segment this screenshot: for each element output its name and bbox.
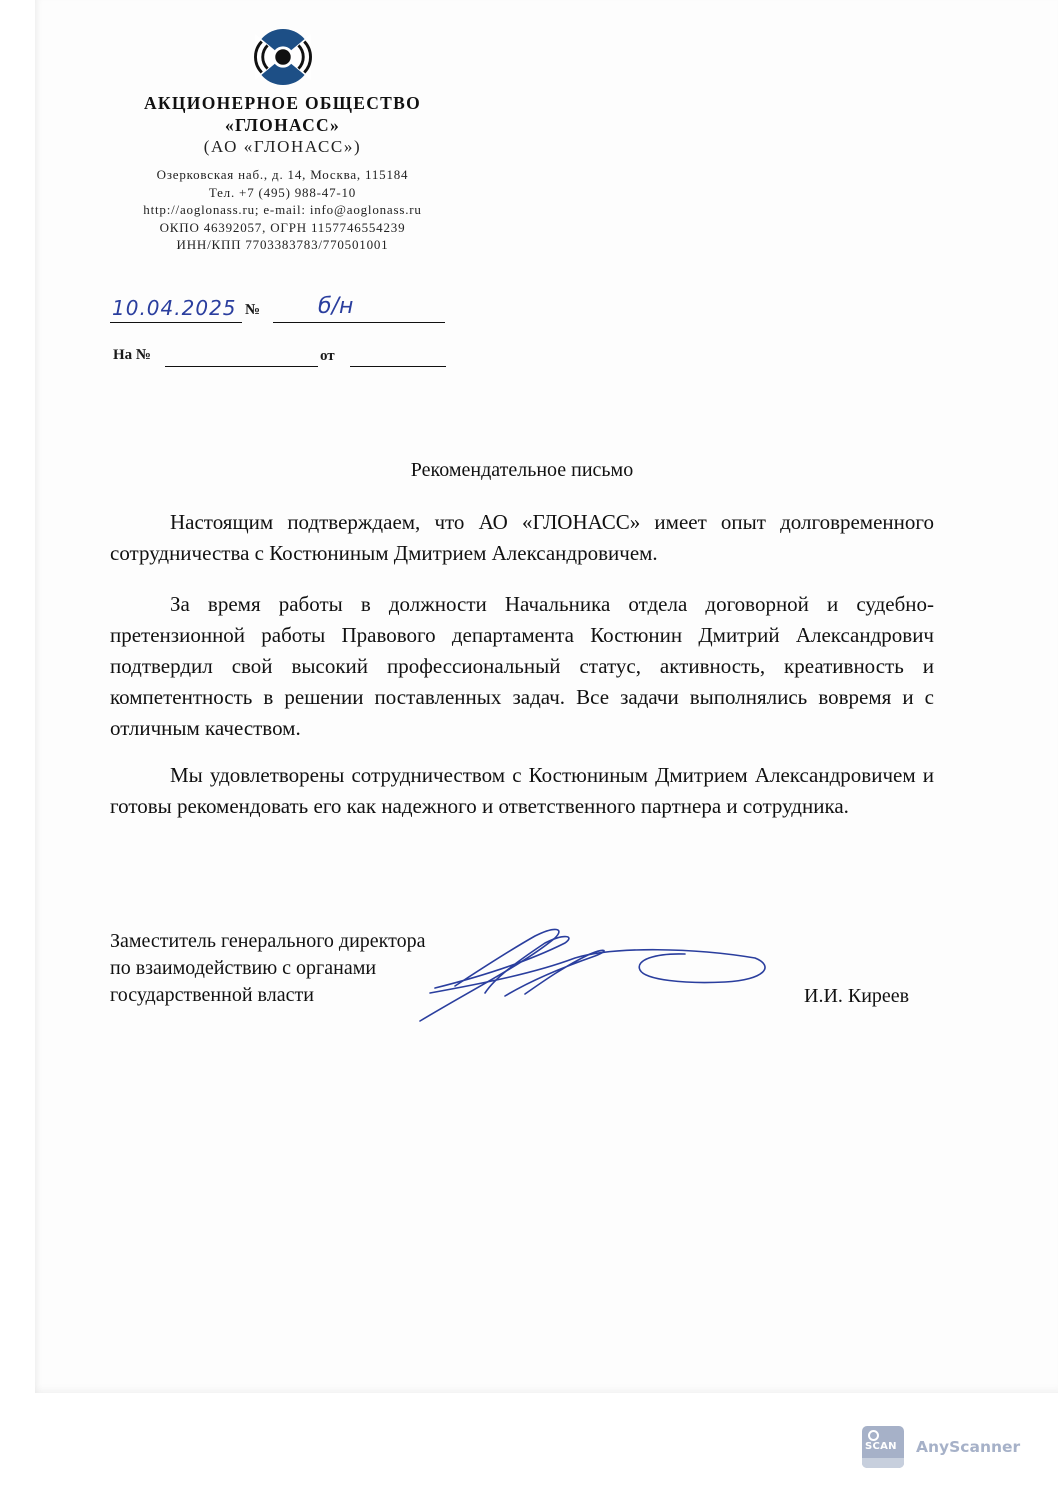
signer-position: Заместитель генерального директора по вз… — [110, 928, 426, 1009]
number-field: б/н — [273, 296, 445, 323]
scan-app-icon: SCAN — [862, 1426, 904, 1468]
paragraph-3: Мы удовлетворены сотрудничеством с Костю… — [110, 760, 934, 822]
org-phone: Тел. +7 (495) 988-47-10 — [110, 184, 455, 202]
glonass-logo-icon — [254, 28, 312, 86]
paragraph-1-text: Настоящим подтверждаем, что АО «ГЛОНАСС»… — [110, 510, 934, 565]
anyscanner-watermark: SCAN AnyScanner — [862, 1427, 1020, 1467]
number-label: № — [245, 302, 260, 319]
paragraph-1: Настоящим подтверждаем, что АО «ГЛОНАСС»… — [110, 507, 934, 569]
paragraph-2-text: За время работы в должности Начальника о… — [110, 592, 934, 740]
scan-icon-label: SCAN — [865, 1441, 897, 1452]
paragraph-2: За время работы в должности Начальника о… — [110, 589, 934, 744]
paragraph-3-text: Мы удовлетворены сотрудничеством с Костю… — [110, 763, 934, 818]
signer-position-line1: Заместитель генерального директора — [110, 928, 426, 955]
org-address: Озерковская наб., д. 14, Москва, 115184 — [110, 166, 455, 184]
signer-position-line3: государственной власти — [110, 982, 426, 1009]
reference-line: На № от — [110, 344, 446, 368]
org-details: Озерковская наб., д. 14, Москва, 115184 … — [110, 166, 455, 254]
org-name-line1: АКЦИОНЕРНОЕ ОБЩЕСТВО — [110, 92, 455, 114]
org-name-line2: «ГЛОНАСС» — [110, 114, 455, 136]
date-field: 10.04.2025 — [110, 296, 242, 323]
signer-name: И.И. Киреев — [804, 985, 909, 1008]
document-title: Рекомендательное письмо — [110, 459, 934, 482]
letterhead: АКЦИОНЕРНОЕ ОБЩЕСТВО «ГЛОНАСС» (АО «ГЛОН… — [110, 28, 455, 254]
ref-date-field — [350, 344, 446, 367]
watermark-app-name: AnyScanner — [916, 1438, 1020, 1456]
signer-position-line2: по взаимодействию с органами — [110, 955, 426, 982]
handwritten-signature-icon — [415, 918, 775, 1028]
ref-number-field — [165, 344, 318, 367]
org-inn-kpp: ИНН/КПП 7703383783/770501001 — [110, 236, 455, 254]
ref-from-label: от — [320, 348, 335, 365]
org-web-email: http://aoglonass.ru; e-mail: info@aoglon… — [110, 201, 455, 219]
org-okpo-ogrn: ОКПО 46392057, ОГРН 1157746554239 — [110, 219, 455, 237]
handwritten-date: 10.04.2025 — [112, 296, 237, 320]
org-short-name: (АО «ГЛОНАСС») — [110, 136, 455, 158]
registration-line: 10.04.2025 № б/н — [110, 296, 446, 324]
ref-number-label: На № — [113, 347, 151, 364]
handwritten-number: б/н — [318, 294, 353, 319]
